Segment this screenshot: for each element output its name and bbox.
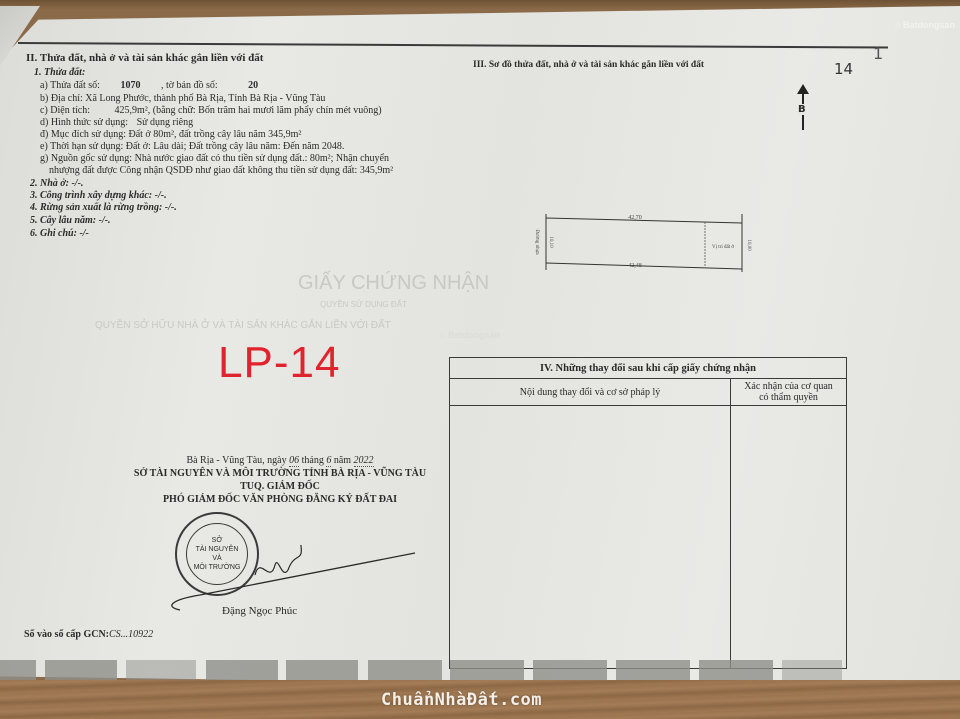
faded-certificate-subtitle: QUYỀN SỬ DỤNG ĐẤT xyxy=(320,300,407,309)
on-behalf-title: TUQ. GIÁM ĐỐC xyxy=(100,481,460,492)
bottom-print-strip xyxy=(45,660,117,680)
origin-line-2: nhượng đất được Công nhận QSDĐ như giao … xyxy=(49,165,393,176)
usage-form-line: d) Hình thức sử dụng: Sử dụng riêng xyxy=(40,117,193,128)
faded-certificate-title: GIẤY CHỨNG NHẬN xyxy=(298,272,489,295)
house-item: 2. Nhà ở: -/-. xyxy=(30,178,83,189)
signer-position: PHÓ GIÁM ĐỐC VĂN PHÒNG ĐĂNG KÝ ĐẤT ĐAI xyxy=(100,494,460,505)
section-iii-title: III. Sơ đồ thửa đất, nhà ở và tài sản kh… xyxy=(473,60,704,70)
signature-block: Bà Rịa - Vũng Tàu, ngày 06 tháng 6 năm 2… xyxy=(100,455,460,505)
col-authority-confirmation: Xác nhận của cơ quan có thẩm quyền xyxy=(731,379,847,406)
handwritten-page-number: 14 xyxy=(834,60,853,78)
issuing-agency: SỞ TÀI NGUYÊN VÀ MÔI TRƯỜNG TỈNH BÀ RỊA … xyxy=(100,468,460,479)
plot-top-length: 42,70 xyxy=(628,215,642,221)
bottom-print-strip xyxy=(126,660,196,680)
plot-road-label: Đường nhựa xyxy=(534,229,539,255)
batdongsan-logo-top: ⌂ Batdongsan xyxy=(895,20,955,30)
changes-table: IV. Những thay đổi sau khi cấp giấy chứn… xyxy=(449,357,847,669)
register-number: Số vào sổ cấp GCN:CS...10922 xyxy=(24,629,153,640)
address-line: b) Địa chỉ: Xã Long Phước, thành phố Bà … xyxy=(40,93,325,104)
change-content-cell xyxy=(450,406,731,669)
bottom-print-strip xyxy=(368,660,442,680)
plot-bottom-length: 42,48 xyxy=(628,263,642,269)
land-plot-diagram: 42,70 42,48 Vị trí đất ở 10,10 10,00 Đườ… xyxy=(480,200,780,280)
parcel-line: a) Thửa đất số: 1070 , tờ bản đồ số: 20 xyxy=(40,80,258,91)
date-month: 6 xyxy=(326,455,331,467)
chuannhadat-watermark: ChuẩnNhàĐất.com xyxy=(381,690,542,710)
land-heading: 1. Thửa đất: xyxy=(34,67,85,78)
bottom-print-strip xyxy=(206,660,278,680)
plot-right-width: 10,00 xyxy=(746,239,751,251)
bottom-print-strip xyxy=(699,660,773,680)
corner-mark: 1 xyxy=(873,44,883,63)
north-arrow-icon: B xyxy=(801,84,805,130)
area-value: 425,9m², (bằng chữ: Bốn trăm hai mươi lă… xyxy=(114,105,381,116)
bottom-print-strip xyxy=(616,660,690,680)
batdongsan-logo-mid: ⌂ Batdongsan xyxy=(440,330,500,340)
signer-name: Đặng Ngọc Phúc xyxy=(222,605,297,617)
bottom-print-strip xyxy=(0,660,36,680)
forest-item: 4. Rừng sản xuất là rừng trồng: -/-. xyxy=(30,202,177,213)
section-ii-title: II. Thửa đất, nhà ở và tài sản khác gắn … xyxy=(26,52,263,64)
origin-line: g) Nguồn gốc sử dụng: Nhà nước giao đất … xyxy=(40,153,389,164)
term-line: e) Thời hạn sử dụng: Đất ở: Lâu dài; Đất… xyxy=(40,141,344,152)
bottom-print-strip xyxy=(533,660,607,680)
batdongsan-logo-icon: ⌂ xyxy=(895,20,903,30)
perennial-item: 5. Cây lâu năm: -/-. xyxy=(30,215,111,226)
other-construction-item: 3. Công trình xây dựng khác: -/-. xyxy=(30,190,167,201)
map-number: 20 xyxy=(248,80,258,91)
plot-house-label: Vị trí đất ở xyxy=(712,245,734,250)
purpose-line: đ) Mục đích sử dụng: Đất ở 80m², đất trồ… xyxy=(40,129,301,140)
parcel-number: 1070 xyxy=(120,80,140,91)
area-line: c) Diện tích: 425,9m², (bằng chữ: Bốn tr… xyxy=(40,105,382,116)
faded-certificate-line: QUYỀN SỞ HỮU NHÀ Ở VÀ TÀI SẢN KHÁC GẮN L… xyxy=(95,320,391,331)
place-date: Bà Rịa - Vũng Tàu, ngày 06 tháng 6 năm 2… xyxy=(100,455,460,466)
bottom-print-strip xyxy=(782,660,842,680)
date-day: 06 xyxy=(289,455,299,467)
col-change-content: Nội dung thay đổi và cơ sở pháp lý xyxy=(450,379,731,406)
address-value: Xã Long Phước, thành phố Bà Rịa, Tỉnh Bà… xyxy=(85,93,325,104)
batdongsan-logo-icon: ⌂ xyxy=(440,330,448,340)
date-year: 2022 xyxy=(354,455,374,467)
notes-item: 6. Ghi chú: -/- xyxy=(30,228,89,239)
bottom-print-strip xyxy=(450,660,524,680)
section-iv-title: IV. Những thay đổi sau khi cấp giấy chứn… xyxy=(450,358,847,379)
plot-left-width: 10,10 xyxy=(548,236,553,248)
bottom-print-strip xyxy=(286,660,358,680)
authority-confirmation-cell xyxy=(731,406,847,669)
lp-code-stamp: LP-14 xyxy=(218,338,340,388)
